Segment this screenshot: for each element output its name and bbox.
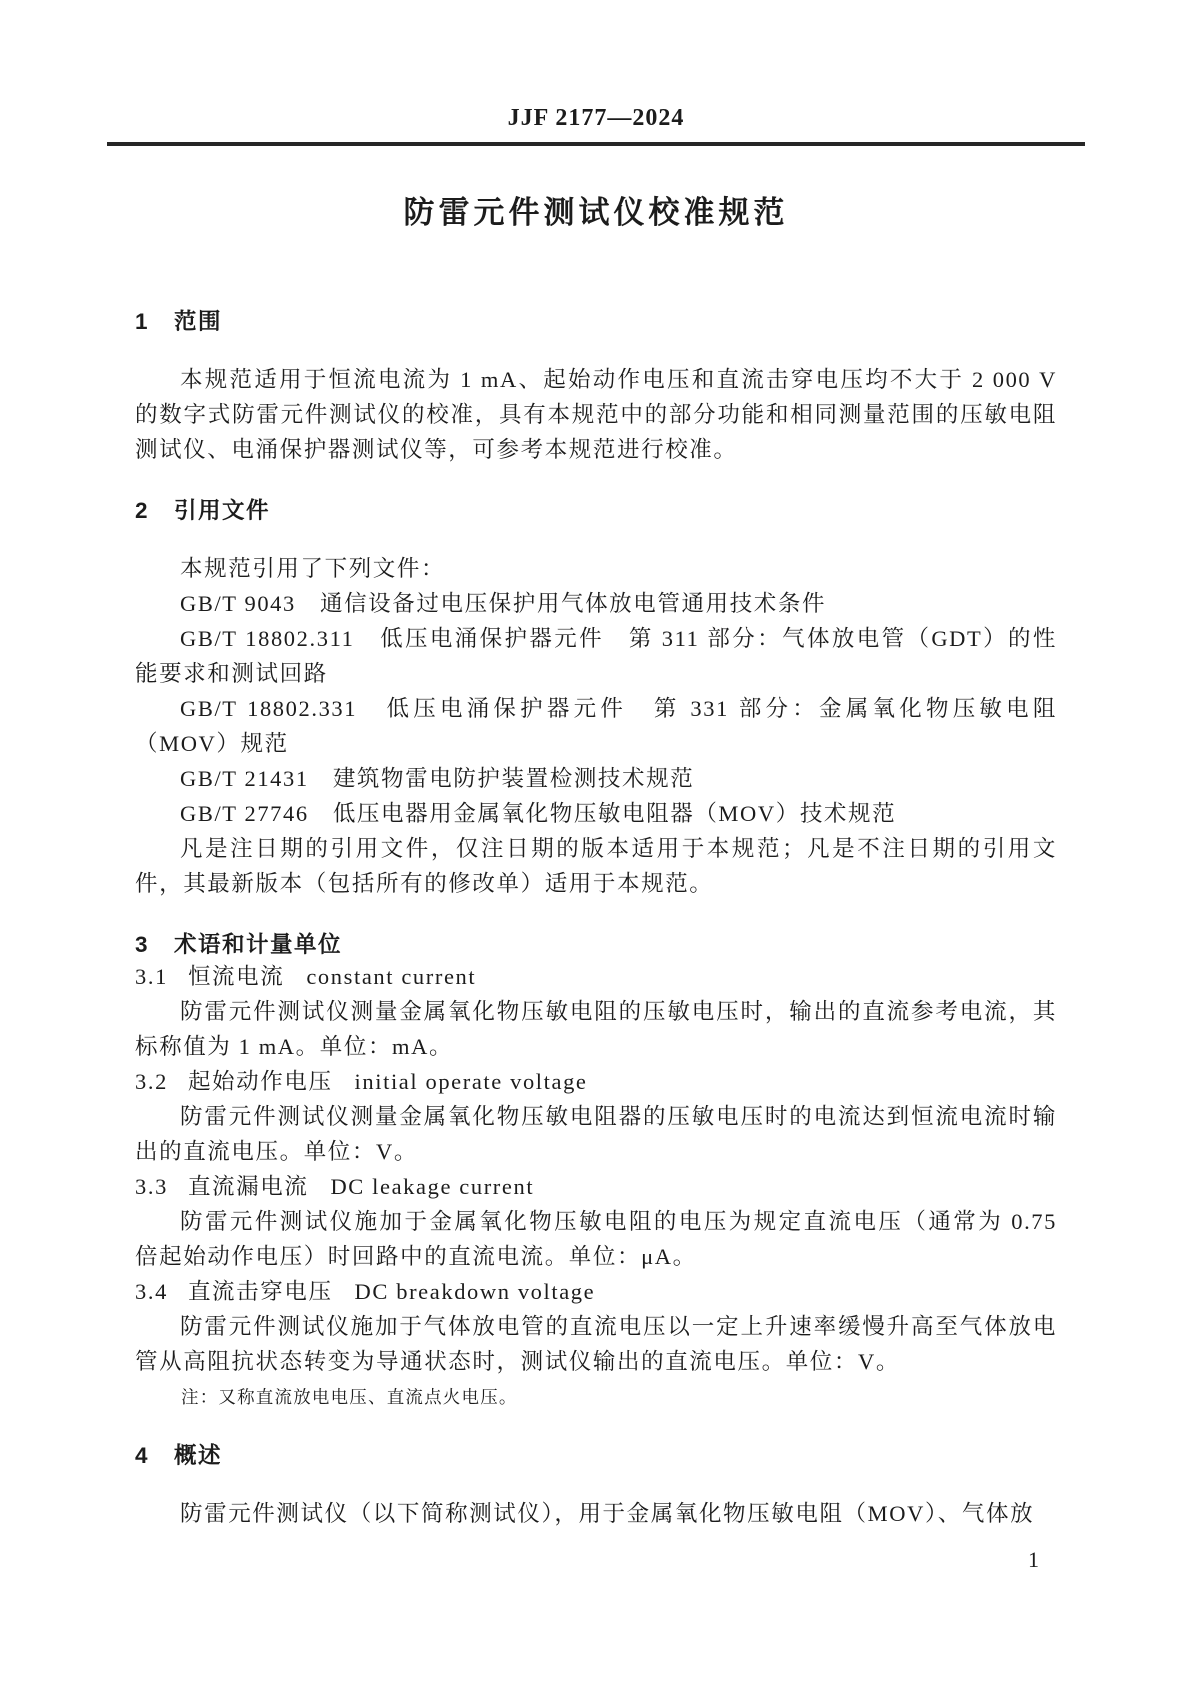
term-3-3-number: 3.3 [135, 1169, 168, 1204]
document-title: 防雷元件测试仪校准规范 [135, 192, 1057, 234]
term-3-1-en: constant current [306, 964, 476, 989]
header-rule [107, 142, 1085, 146]
section-1-paragraph: 本规范适用于恒流电流为 1 mA、起始动作电压和直流击穿电压均不大于 2 000… [135, 362, 1057, 467]
section-1-title: 范围 [174, 309, 222, 334]
reference-item: GB/T 21431 建筑物雷电防护装置检测技术规范 [135, 761, 1057, 796]
term-3-4-note: 注：又称直流放电电压、直流点火电压。 [135, 1380, 1057, 1414]
term-3-1-heading: 3.1恒流电流constant current [135, 959, 1057, 994]
section-3-number: 3 [135, 931, 149, 959]
section-2-title: 引用文件 [174, 498, 270, 523]
section-1-heading: 1范围 [135, 308, 1057, 336]
term-3-2-number: 3.2 [135, 1064, 168, 1099]
section-3-heading: 3术语和计量单位 [135, 931, 1057, 959]
term-3-3-en: DC leakage current [330, 1174, 534, 1199]
term-3-3-heading: 3.3直流漏电流DC leakage current [135, 1169, 1057, 1204]
term-3-1-number: 3.1 [135, 959, 168, 994]
section-4-number: 4 [135, 1442, 149, 1470]
term-3-4-zh: 直流击穿电压 [188, 1274, 333, 1309]
section-2-outro: 凡是注日期的引用文件，仅注日期的版本适用于本规范；凡是不注日期的引用文件，其最新… [135, 831, 1057, 901]
section-4-heading: 4概述 [135, 1442, 1057, 1470]
term-3-3-zh: 直流漏电流 [188, 1169, 309, 1204]
term-3-2-en: initial operate voltage [355, 1069, 588, 1094]
term-3-1-definition: 防雷元件测试仪测量金属氧化物压敏电阻的压敏电压时，输出的直流参考电流，其标称值为… [135, 994, 1057, 1064]
section-2-heading: 2引用文件 [135, 497, 1057, 525]
reference-item: GB/T 18802.311 低压电涌保护器元件 第 311 部分：气体放电管（… [135, 621, 1057, 691]
term-3-4-en: DC breakdown voltage [355, 1279, 596, 1304]
section-1-number: 1 [135, 308, 149, 336]
section-2-intro: 本规范引用了下列文件： [135, 551, 1057, 586]
section-3-title: 术语和计量单位 [174, 932, 342, 957]
reference-item: GB/T 27746 低压电器用金属氧化物压敏电阻器（MOV）技术规范 [135, 796, 1057, 831]
term-3-2-zh: 起始动作电压 [188, 1064, 333, 1099]
term-3-4-heading: 3.4直流击穿电压DC breakdown voltage [135, 1274, 1057, 1309]
term-3-4-definition: 防雷元件测试仪施加于气体放电管的直流电压以一定上升速率缓慢升高至气体放电管从高阻… [135, 1309, 1057, 1379]
section-4-title: 概述 [174, 1443, 222, 1468]
document-code: JJF 2177—2024 [135, 105, 1057, 131]
term-3-2-heading: 3.2起始动作电压initial operate voltage [135, 1064, 1057, 1099]
section-4-paragraph: 防雷元件测试仪（以下简称测试仪），用于金属氧化物压敏电阻（MOV）、气体放 [135, 1496, 1057, 1531]
term-3-4-number: 3.4 [135, 1274, 168, 1309]
reference-item: GB/T 18802.331 低压电涌保护器元件 第 331 部分：金属氧化物压… [135, 691, 1057, 761]
section-2-number: 2 [135, 497, 149, 525]
reference-item: GB/T 9043 通信设备过电压保护用气体放电管通用技术条件 [135, 586, 1057, 621]
term-3-3-definition: 防雷元件测试仪施加于金属氧化物压敏电阻的电压为规定直流电压（通常为 0.75 倍… [135, 1204, 1057, 1274]
term-3-1-zh: 恒流电流 [188, 959, 284, 994]
term-3-2-definition: 防雷元件测试仪测量金属氧化物压敏电阻器的压敏电压时的电流达到恒流电流时输出的直流… [135, 1099, 1057, 1169]
page-number: 1 [1028, 1548, 1039, 1572]
document-page: JJF 2177—2024 防雷元件测试仪校准规范 1范围 本规范适用于恒流电流… [0, 0, 1191, 1684]
